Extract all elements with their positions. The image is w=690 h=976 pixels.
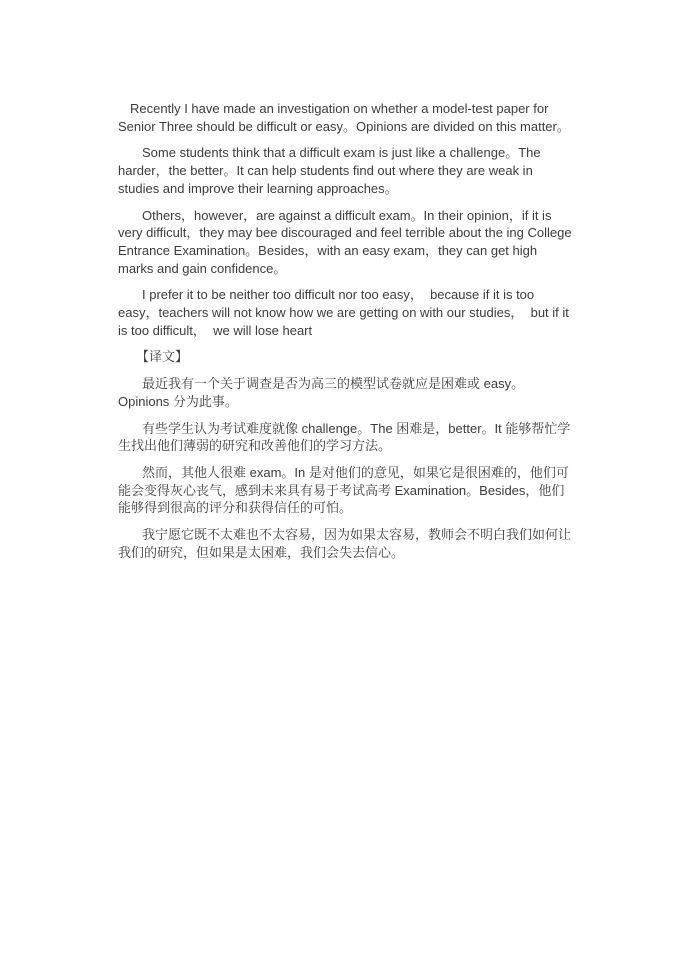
- document-page: Recently I have made an investigation on…: [0, 0, 690, 976]
- english-paragraph-4: I prefer it to be neither too difficult …: [118, 286, 574, 339]
- document-content: Recently I have made an investigation on…: [118, 100, 574, 570]
- english-paragraph-3: Others，however，are against a difficult e…: [118, 207, 574, 278]
- chinese-paragraph-1: 最近我有一个关于调查是否为高三的模型试卷就应是困难或 easy。Opinions…: [118, 375, 574, 410]
- chinese-paragraph-4: 我宁愿它既不太难也不太容易，因为如果太容易，教师会不明白我们如何让我们的研究，但…: [118, 526, 574, 561]
- translation-section-label: 【译文】: [118, 348, 574, 366]
- chinese-paragraph-3: 然而，其他人很难 exam。In 是对他们的意见，如果它是很困难的，他们可能会变…: [118, 464, 574, 517]
- english-paragraph-1: Recently I have made an investigation on…: [118, 100, 574, 135]
- chinese-paragraph-2: 有些学生认为考试难度就像 challenge。The 困难是，better。It…: [118, 420, 574, 455]
- english-paragraph-2: Some students think that a difficult exa…: [118, 144, 574, 197]
